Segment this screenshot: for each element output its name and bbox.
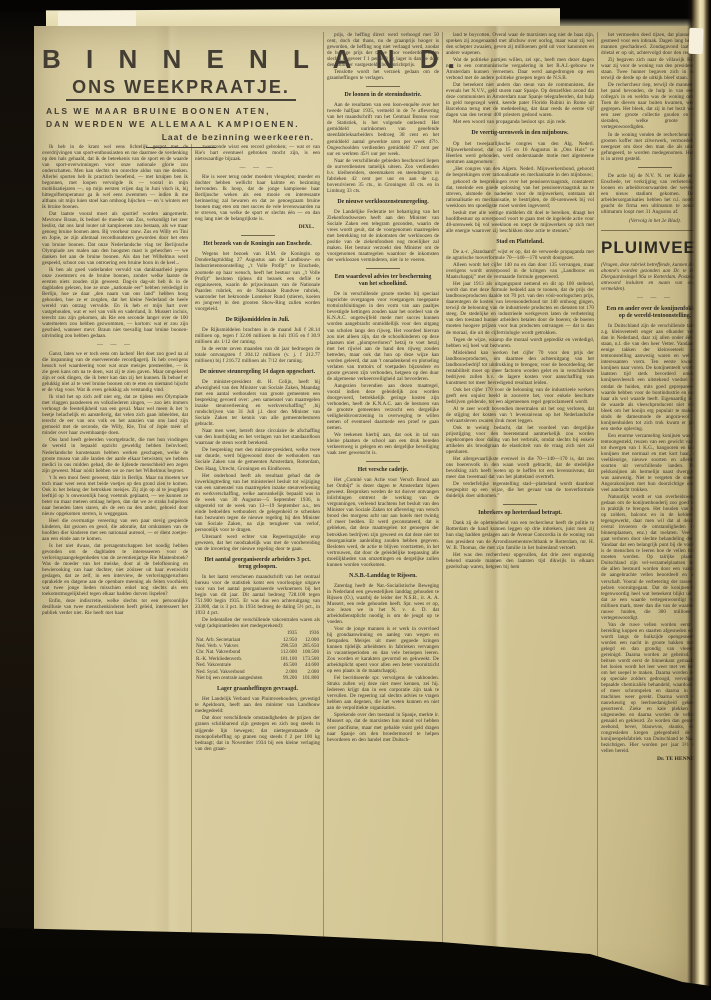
headline-kicker: Laat de bezinning weerkeeren. <box>42 132 320 142</box>
article-paragraph: Het „Comité van Actie voor Versch Brood … <box>327 477 439 567</box>
author-signature: DIXL. <box>201 224 314 230</box>
article-paragraph: In het laatst verschenen maandschrift va… <box>195 574 320 616</box>
page-curl-edge <box>687 0 711 1000</box>
continuation-note: (Vervolg in het 2e Blad). <box>601 218 694 224</box>
table-row: Niet bij een centrale aangesloten99.2001… <box>195 675 320 681</box>
article-paragraph: Met een woord van propaganda besloot spr… <box>446 119 594 125</box>
article-paragraph: Wat de politieke partijen willen, zei sp… <box>446 57 594 81</box>
article-paragraph: Ganst, laten we er toch eens om lachen! … <box>42 351 188 393</box>
masthead: B I N N E N L A N D. ONS WEEKPRAATJE. AL… <box>42 32 320 144</box>
article-paragraph: Ik vind het op zich zelf niet erg, dat z… <box>42 394 188 436</box>
dash-divider: — — — <box>195 165 320 171</box>
article-paragraph: Natuurlijk wordt er van overheidswege al… <box>601 494 694 621</box>
article-paragraph: Naar de verschillende gebieden beschouwd… <box>327 158 439 194</box>
article-paragraph: Is het niet dwaas, dat persagentschappen… <box>42 543 188 597</box>
section-divider <box>366 461 400 462</box>
article-paragraph: De in verschillende groote steden bij sp… <box>327 291 439 381</box>
article-paragraph: In de woning vonden de rechercheurs nog … <box>601 132 694 162</box>
section-divider <box>366 86 400 87</box>
article-paragraph: De bespreking met den minister-president… <box>195 447 320 471</box>
headline-line-1: ALS WE MAAR BRUINE BOONEN ATEN, <box>46 105 320 118</box>
column-title: ONS WEEKPRAATJE. <box>66 77 296 101</box>
article-paragraph: Het was den rechercheur opgevallen, dat … <box>446 552 594 570</box>
membership-table: 19351936Nat. Arb. Secretariaat12.95012.0… <box>195 630 320 681</box>
rubric-title: PLUIMVEETEELT. <box>601 230 694 258</box>
rubric-intro: (Vragen, deze rubriek betreffende, kunne… <box>601 262 694 292</box>
torn-paper-fragment <box>689 28 704 54</box>
article-paragraph: gehoord de besprekingen over het pensioe… <box>446 179 594 209</box>
article-paragraph: Sprekende over den toestand in Spanje, m… <box>327 712 439 742</box>
article-paragraph: Ik heb in de krant wel eens lichtelijk g… <box>42 144 188 210</box>
article-heading: Lager graanheffingen gevraagd. <box>199 686 316 693</box>
article-paragraph: Dat door verschillende omstandigheden de… <box>195 715 320 751</box>
article-paragraph: De Landelijke Federatie ter behartiging … <box>327 209 439 263</box>
article-paragraph: Uiteraard werd echter van Regeeringszijd… <box>195 534 320 552</box>
article-heading: N.S.B.-Landdag te Rijssen. <box>331 573 435 580</box>
section-divider <box>366 268 400 269</box>
section-divider <box>503 504 537 505</box>
headline-line-2: DAN WERDEN WE ALLEMAAL KAMPIOENEN. <box>46 118 320 131</box>
article-paragraph: In Duitschland zijn de verschillende tak… <box>601 323 694 432</box>
article-paragraph: Naar men weet, betreft deze circulaire d… <box>195 428 320 446</box>
article-paragraph: In de eerste zeven maanden van dit jaar … <box>195 346 320 364</box>
article-paragraph: Zij begaven zich naar de villawijk Krali… <box>601 57 694 81</box>
article-paragraph: Ik ben als goed vaderlander vervuld van … <box>42 267 188 339</box>
header-and-left-columns: B I N N E N L A N D. ONS WEEKPRAATJE. AL… <box>42 32 324 988</box>
newspaper-column-5: het vermoeden deed rijzen, dat plannen w… <box>601 32 694 980</box>
article-paragraph: Het Landelijk Verband van Pluimveehouder… <box>195 696 320 714</box>
article-heading: Inbrekers op heeterdaad betrapt. <box>450 510 590 517</box>
article-heading: De veertig-urenweek in den mijnbouw. <box>450 130 590 137</box>
article-paragraph: Alleen wordt het cijfer 140 nu en dan do… <box>446 262 594 280</box>
article-paragraph: De a.-r. „Standaard” wijst er op, dat de… <box>446 249 594 261</box>
article-heading: De loonen in de steenindustrie. <box>331 92 435 99</box>
column-5-content: het vermoeden deed rijzen, dat plannen w… <box>601 32 694 762</box>
article-paragraph: besluit met alle wettige middelen dit do… <box>446 210 594 234</box>
article-paragraph: Dat laatste vooral moet als sportief wor… <box>42 211 188 265</box>
article-paragraph: De ledentallen der verschillende vakcent… <box>195 617 320 629</box>
article-paragraph: Het jaar 1913 als uitgangspunt nemend en… <box>446 281 594 335</box>
article-paragraph: De minister-president dr. H. Colijn, hee… <box>195 379 320 427</box>
article-paragraph: De verderfelijke tegenstelling stad—plat… <box>446 481 594 499</box>
article-paragraph: Aangezien bovendien aan dezen maatregel,… <box>327 383 439 431</box>
header-divider <box>146 147 216 148</box>
article-paragraph: Dat beteekent niet anders dan steun van … <box>446 82 594 118</box>
newspaper-column-1: Ik heb in de krant wel eens lichtelijk g… <box>42 144 192 986</box>
newspaper-column-3: prijs, de heffing direct werd verhoogd m… <box>327 32 443 980</box>
article-paragraph: Ook het cijfer 170 voor de belooning van… <box>446 387 594 405</box>
article-paragraph: Voor de jonge mannen is er werk in overv… <box>327 626 439 674</box>
article-paragraph: Het onderhoud heeft als resultaat gehad … <box>195 473 320 533</box>
article-heading: De Rijksmiddelen in Juli. <box>199 317 316 324</box>
article-heading: De nieuwe steunregeling 14 dagen opgesch… <box>199 369 316 376</box>
article-paragraph: Aan de resultaten van een loon-enquête o… <box>327 102 439 156</box>
article-paragraph: Wegens het bezoek van H.M. de Koningin o… <box>195 251 320 311</box>
article-paragraph: De Rijksmiddelen brachten in de maand Ju… <box>195 327 320 345</box>
article-paragraph: Enfin, deze indiscretie, welke slechts t… <box>42 598 188 616</box>
article-paragraph: Van de ruwe vellen worden eerst bij de b… <box>601 622 694 755</box>
article-paragraph: De rechercheur riep, terwijl de mannen z… <box>601 82 694 130</box>
author-signature: Dr. TE HENNEPE. <box>607 756 694 762</box>
newspaper-column-4: land te boycotten. Overal waar de marxis… <box>446 32 598 980</box>
article-heading: Het bezoek van de Koningin aan Enschede. <box>199 241 316 248</box>
article-paragraph: Rie is weer terug onder moeders vleugele… <box>195 174 320 222</box>
article-heading: Een en ander over de konijnenfokkerij op… <box>605 306 694 320</box>
article-heading: Stad en Platteland. <box>450 239 590 246</box>
article-heading: Het versche cadetje. <box>331 467 435 474</box>
article-heading: Een waardevol advies ter bescherming van… <box>331 274 435 288</box>
article-paragraph: Ook te weinig bedacht, dat het voordeel … <box>446 425 594 455</box>
newspaper-photo: B I N N E N L A N D. ONS WEEKPRAATJE. AL… <box>0 0 711 1000</box>
article-paragraph: De actie bij de N.V. N. ter Kuile en Zn.… <box>601 173 694 215</box>
article-heading: De nieuwe werkloozensteunregeling. <box>331 199 435 206</box>
newspaper-column-2: zwemronde wisst een record gebroken; — w… <box>195 144 320 986</box>
section-divider <box>638 167 672 168</box>
article-paragraph: We teekenen hierbij aan, dat ook in tal … <box>327 432 439 456</box>
newspaper-page: B I N N E N L A N D. ONS WEEKPRAATJE. AL… <box>34 26 694 988</box>
article-paragraph: Dank zij de oplettendheid van een recher… <box>446 520 594 550</box>
table-cell: 99.200 <box>276 675 298 681</box>
table-cell: Niet bij een centrale aangesloten <box>195 675 276 681</box>
article-paragraph: Op het tweejaarlijksche congres van den … <box>446 141 594 165</box>
article-paragraph: Tegen de wijze, waarop die moraal wordt … <box>446 337 594 349</box>
article-paragraph: Ons land heeft geleerden voortgebracht, … <box>42 437 188 473</box>
article-paragraph: het vermoeden deed rijzen, dat plannen w… <box>601 32 694 56</box>
article-paragraph: Fel becritiseerde spr. vervolgens de vak… <box>327 675 439 711</box>
dash-divider: — — — <box>42 342 188 348</box>
article-paragraph: Een enorme verzameling konijnen was dan … <box>601 433 694 493</box>
article-paragraph: Al te zeer wordt bovendien meermalen uit… <box>446 406 594 424</box>
article-paragraph: Misleidend kan werken het cijfer 70 voor… <box>446 350 594 386</box>
article-paragraph: 't Is een mooi feest geweest, dáár in Be… <box>42 475 188 517</box>
article-paragraph: Heel die overmatige vereering van een pa… <box>42 518 188 542</box>
article-paragraph: „Het congres van den Algem. Nederl. Mijn… <box>446 166 594 178</box>
article-paragraph: Het allergevaarlijkste evenwel in die 70… <box>446 456 594 480</box>
table-cell: 101.800 <box>298 675 320 681</box>
article-heading: Het aantal georganiseerde arbeiders 3 pc… <box>199 557 316 571</box>
section-title: B I N N E N L A N D. <box>42 32 320 75</box>
article-paragraph: Zaterdag heeft de Nat.-Socialistische Be… <box>327 583 439 625</box>
dash-divider: — — — <box>601 295 694 301</box>
section-divider <box>241 235 275 236</box>
article-paragraph: land te boycotten. Overal waar de marxis… <box>446 32 594 56</box>
